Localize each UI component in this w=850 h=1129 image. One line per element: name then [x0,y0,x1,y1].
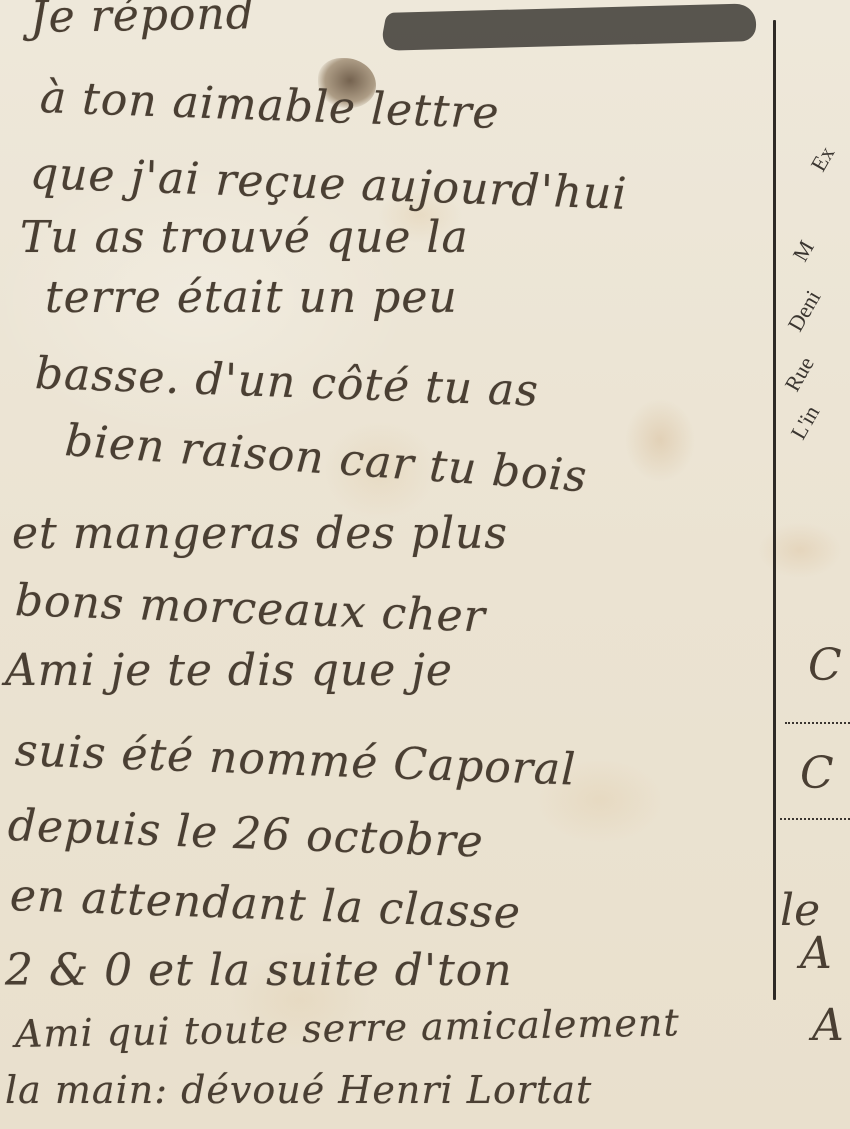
address-dotted-line-1 [785,722,850,724]
address-handwriting-5: A [812,1000,844,1051]
letter-line-8: et mangeras des plus [12,508,508,559]
address-handwriting-1: C [808,640,842,691]
letter-line-13: en attendant la classe [9,870,522,939]
letter-line-2: à ton aimable lettre [39,72,500,139]
address-divider-line [773,20,776,1000]
printed-fragment-lin: L'in [785,401,825,444]
crossed-out-scribble [379,3,760,51]
letter-line-12: depuis le 26 octobre [7,800,484,868]
letter-line-11: suis été nommé Caporal [14,725,577,796]
letter-line-5: terre était un peu [45,272,458,323]
letter-line-6: basse. d'un côté tu as [34,348,540,417]
letter-line-10: Ami je te dis que je [5,645,453,696]
printed-fragment-m: M [787,236,819,266]
address-dotted-line-2 [780,818,850,820]
printed-fragment-rue: Rue [779,352,819,396]
printed-fragment-ex: Ex [805,142,840,176]
letter-line-16-signature: la main: dévoué Henri Lortat [5,1068,592,1112]
letter-line-1: Je répond [30,0,256,43]
letter-line-7: bien raison car tu bois [63,415,589,502]
printed-fragment-deni: Deni [782,286,826,336]
address-handwriting-4: A [800,928,832,979]
letter-line-14: 2 & 0 et la suite d'ton [5,945,513,996]
address-handwriting-2: C [800,748,834,799]
letter-line-15: Ami qui toute serre amicalement [15,1000,680,1056]
letter-line-3: que j'ai reçue aujourd'hui [29,148,628,220]
postcard-back: Je répond à ton aimable lettre que j'ai … [0,0,850,1129]
letter-line-9: bons morceaux cher [14,575,486,642]
letter-line-4: Tu as trouvé que la [20,212,469,263]
